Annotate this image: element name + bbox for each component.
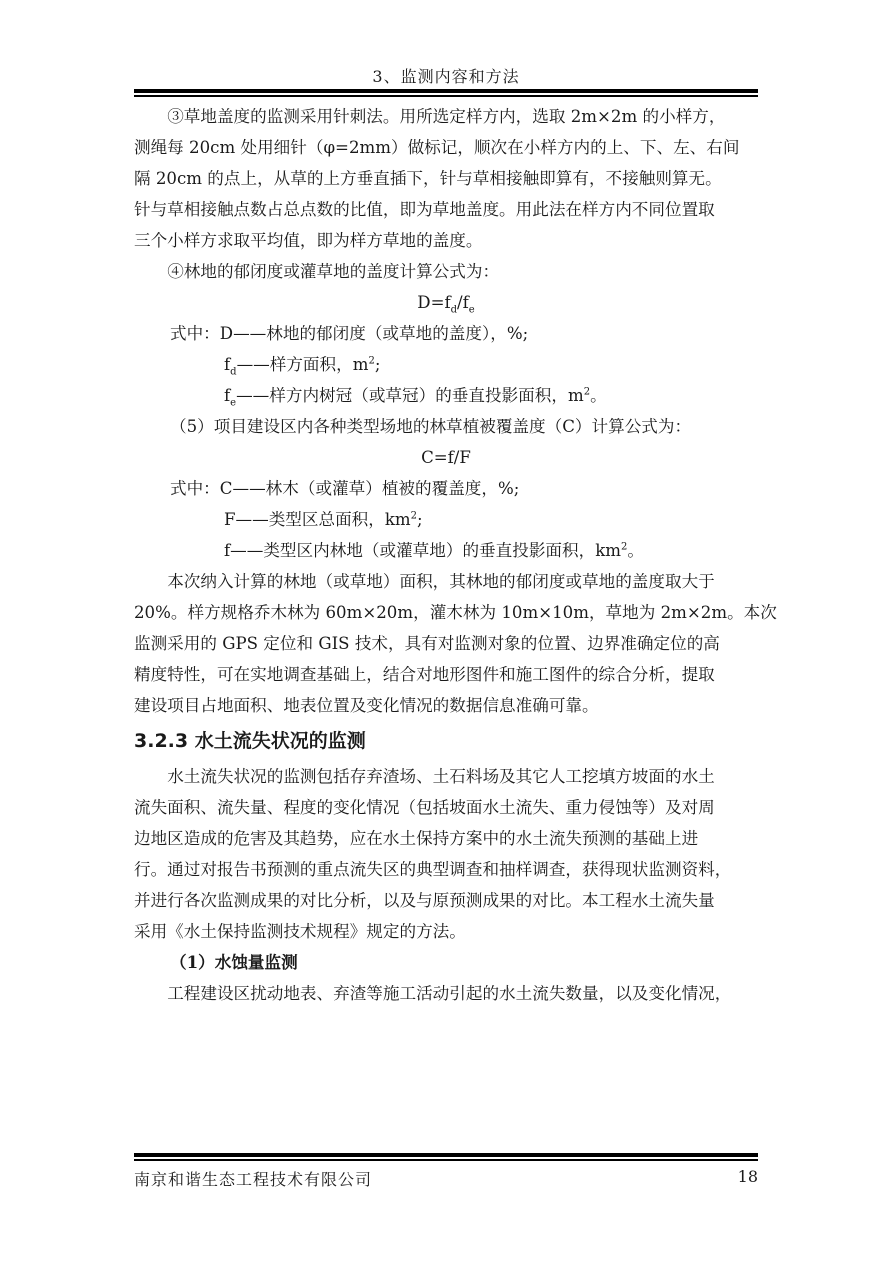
paragraph-grass-cover: ③草地盖度的监测采用针刺法。用所选定样方内，选取 2m×2m 的小样方， 测绳每…	[134, 101, 758, 256]
text-line: 针与草相接触点数占总点数的比值，即为草地盖度。用此法在样方内不同位置取	[134, 194, 758, 225]
formula2: C=f/F	[134, 442, 758, 473]
header-rule-thin	[134, 95, 758, 97]
text-line: 流失面积、流失量、程度的变化情况（包括坡面水土流失、重力侵蚀等）及对周	[134, 792, 758, 823]
formula1-def-D: 式中：D——林地的郁闭度（或草地的盖度），%;	[134, 318, 758, 349]
text-line: 监测采用的 GPS 定位和 GIS 技术，具有对监测对象的位置、边界准确定位的高	[134, 628, 758, 659]
paragraph-soil-loss: 水土流失状况的监测包括存弃渣场、土石料场及其它人工挖填方坡面的水土 流失面积、流…	[134, 761, 758, 947]
text-line: 水土流失状况的监测包括存弃渣场、土石料场及其它人工挖填方坡面的水土	[134, 761, 758, 792]
text-line: 行。通过对报告书预测的重点流失区的典型调查和抽样调查，获得现状监测资料，	[134, 854, 758, 885]
footer-rule-thick	[134, 1153, 758, 1157]
paragraph-water-erosion: 工程建设区扰动地表、弃渣等施工活动引起的水土流失数量，以及变化情况，	[134, 978, 758, 1009]
formula2-def-f: f——类型区内林地（或灌草地）的垂直投影面积，km2。	[134, 535, 758, 566]
text-line: 精度特性，可在实地调查基础上，结合对地形图件和施工图件的综合分析，提取	[134, 659, 758, 690]
text-line: 隔 20cm 的点上，从草的上方垂直插下，针与草相接触即算有，不接触则算无。	[134, 163, 758, 194]
text-line: 本次纳入计算的林地（或草地）面积，其林地的郁闭度或草地的盖度取大于	[134, 566, 758, 597]
formula1-intro: ④林地的郁闭度或灌草地的盖度计算公式为：	[134, 256, 758, 287]
header-rule-thick	[134, 89, 758, 93]
text-line: 20%。样方规格乔木林为 60m×20m，灌木林为 10m×10m，草地为 2m…	[134, 597, 758, 628]
formula1-def-fd: fd——样方面积，m2;	[134, 349, 758, 380]
text-line: 并进行各次监测成果的对比分析，以及与原预测成果的对比。本工程水土流失量	[134, 885, 758, 916]
formula1-def-fe: fe——样方内树冠（或草冠）的垂直投影面积，m2。	[134, 380, 758, 411]
formula2-def-C: 式中：C——林木（或灌草）植被的覆盖度，%;	[134, 473, 758, 504]
formula1: D=fd/fe	[134, 287, 758, 318]
text-line: 三个小样方求取平均值，即为样方草地的盖度。	[134, 225, 758, 256]
body-text: ③草地盖度的监测采用针刺法。用所选定样方内，选取 2m×2m 的小样方， 测绳每…	[134, 101, 758, 1009]
text-line: 边地区造成的危害及其趋势，应在水土保持方案中的水土流失预测的基础上进	[134, 823, 758, 854]
footer-rule-thin	[134, 1159, 758, 1161]
footer-company: 南京和谐生态工程技术有限公司	[134, 1167, 372, 1190]
formula2-intro: （5）项目建设区内各种类型场地的林草植被覆盖度（C）计算公式为：	[134, 411, 758, 442]
formula2-def-F: F——类型区总面积，km2;	[134, 504, 758, 535]
subheading-water-erosion: （1）水蚀量监测	[134, 947, 758, 978]
text-line: ③草地盖度的监测采用针刺法。用所选定样方内，选取 2m×2m 的小样方，	[134, 101, 758, 132]
paragraph-area: 本次纳入计算的林地（或草地）面积，其林地的郁闭度或草地的盖度取大于 20%。样方…	[134, 566, 758, 721]
running-header-title: 3、监测内容和方法	[134, 64, 758, 87]
section-heading: 3.2.3 水土流失状况的监测	[134, 721, 758, 761]
text-line: 建设项目占地面积、地表位置及变化情况的数据信息准确可靠。	[134, 690, 758, 721]
text-line: 测绳每 20cm 处用细针（φ=2mm）做标记，顺次在小样方内的上、下、左、右间	[134, 132, 758, 163]
page-number: 18	[738, 1167, 758, 1186]
text-line: 采用《水土保持监测技术规程》规定的方法。	[134, 916, 758, 947]
